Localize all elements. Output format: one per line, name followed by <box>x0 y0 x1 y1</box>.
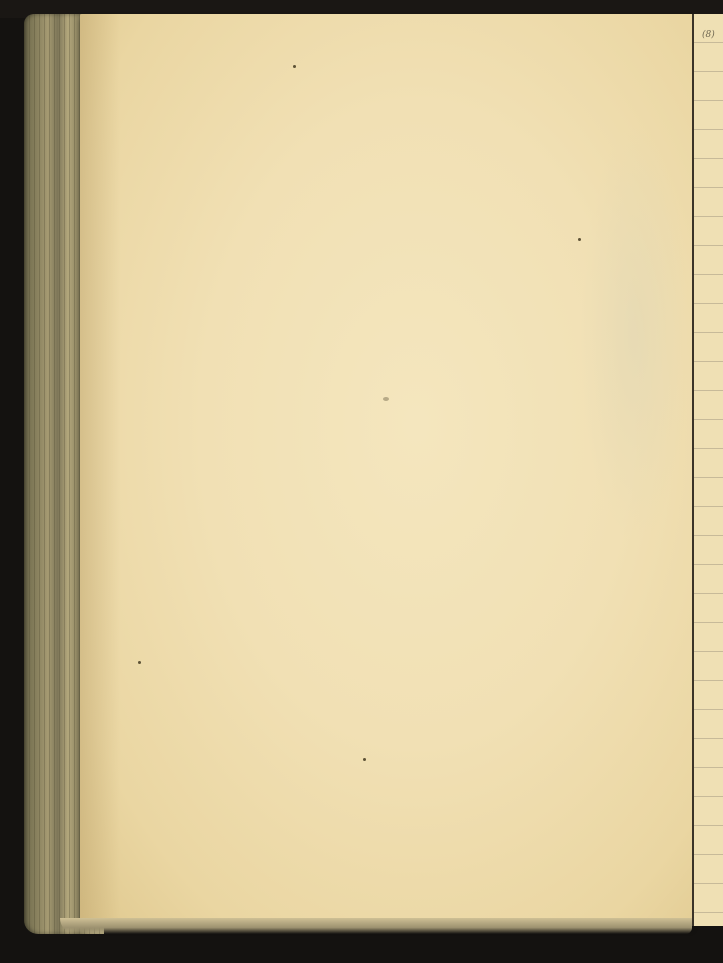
paper-speck <box>293 65 296 68</box>
ruled-recto-page-edge <box>692 14 723 926</box>
page-bottom-edge <box>60 918 692 934</box>
paper-speck <box>578 238 581 241</box>
paper-speck <box>138 661 141 664</box>
paper-speck <box>363 758 366 761</box>
folio-number: (8) <box>702 30 715 40</box>
paper-stain <box>383 397 389 401</box>
book-scan: (8) <box>0 0 723 963</box>
blank-verso-page <box>80 14 692 926</box>
